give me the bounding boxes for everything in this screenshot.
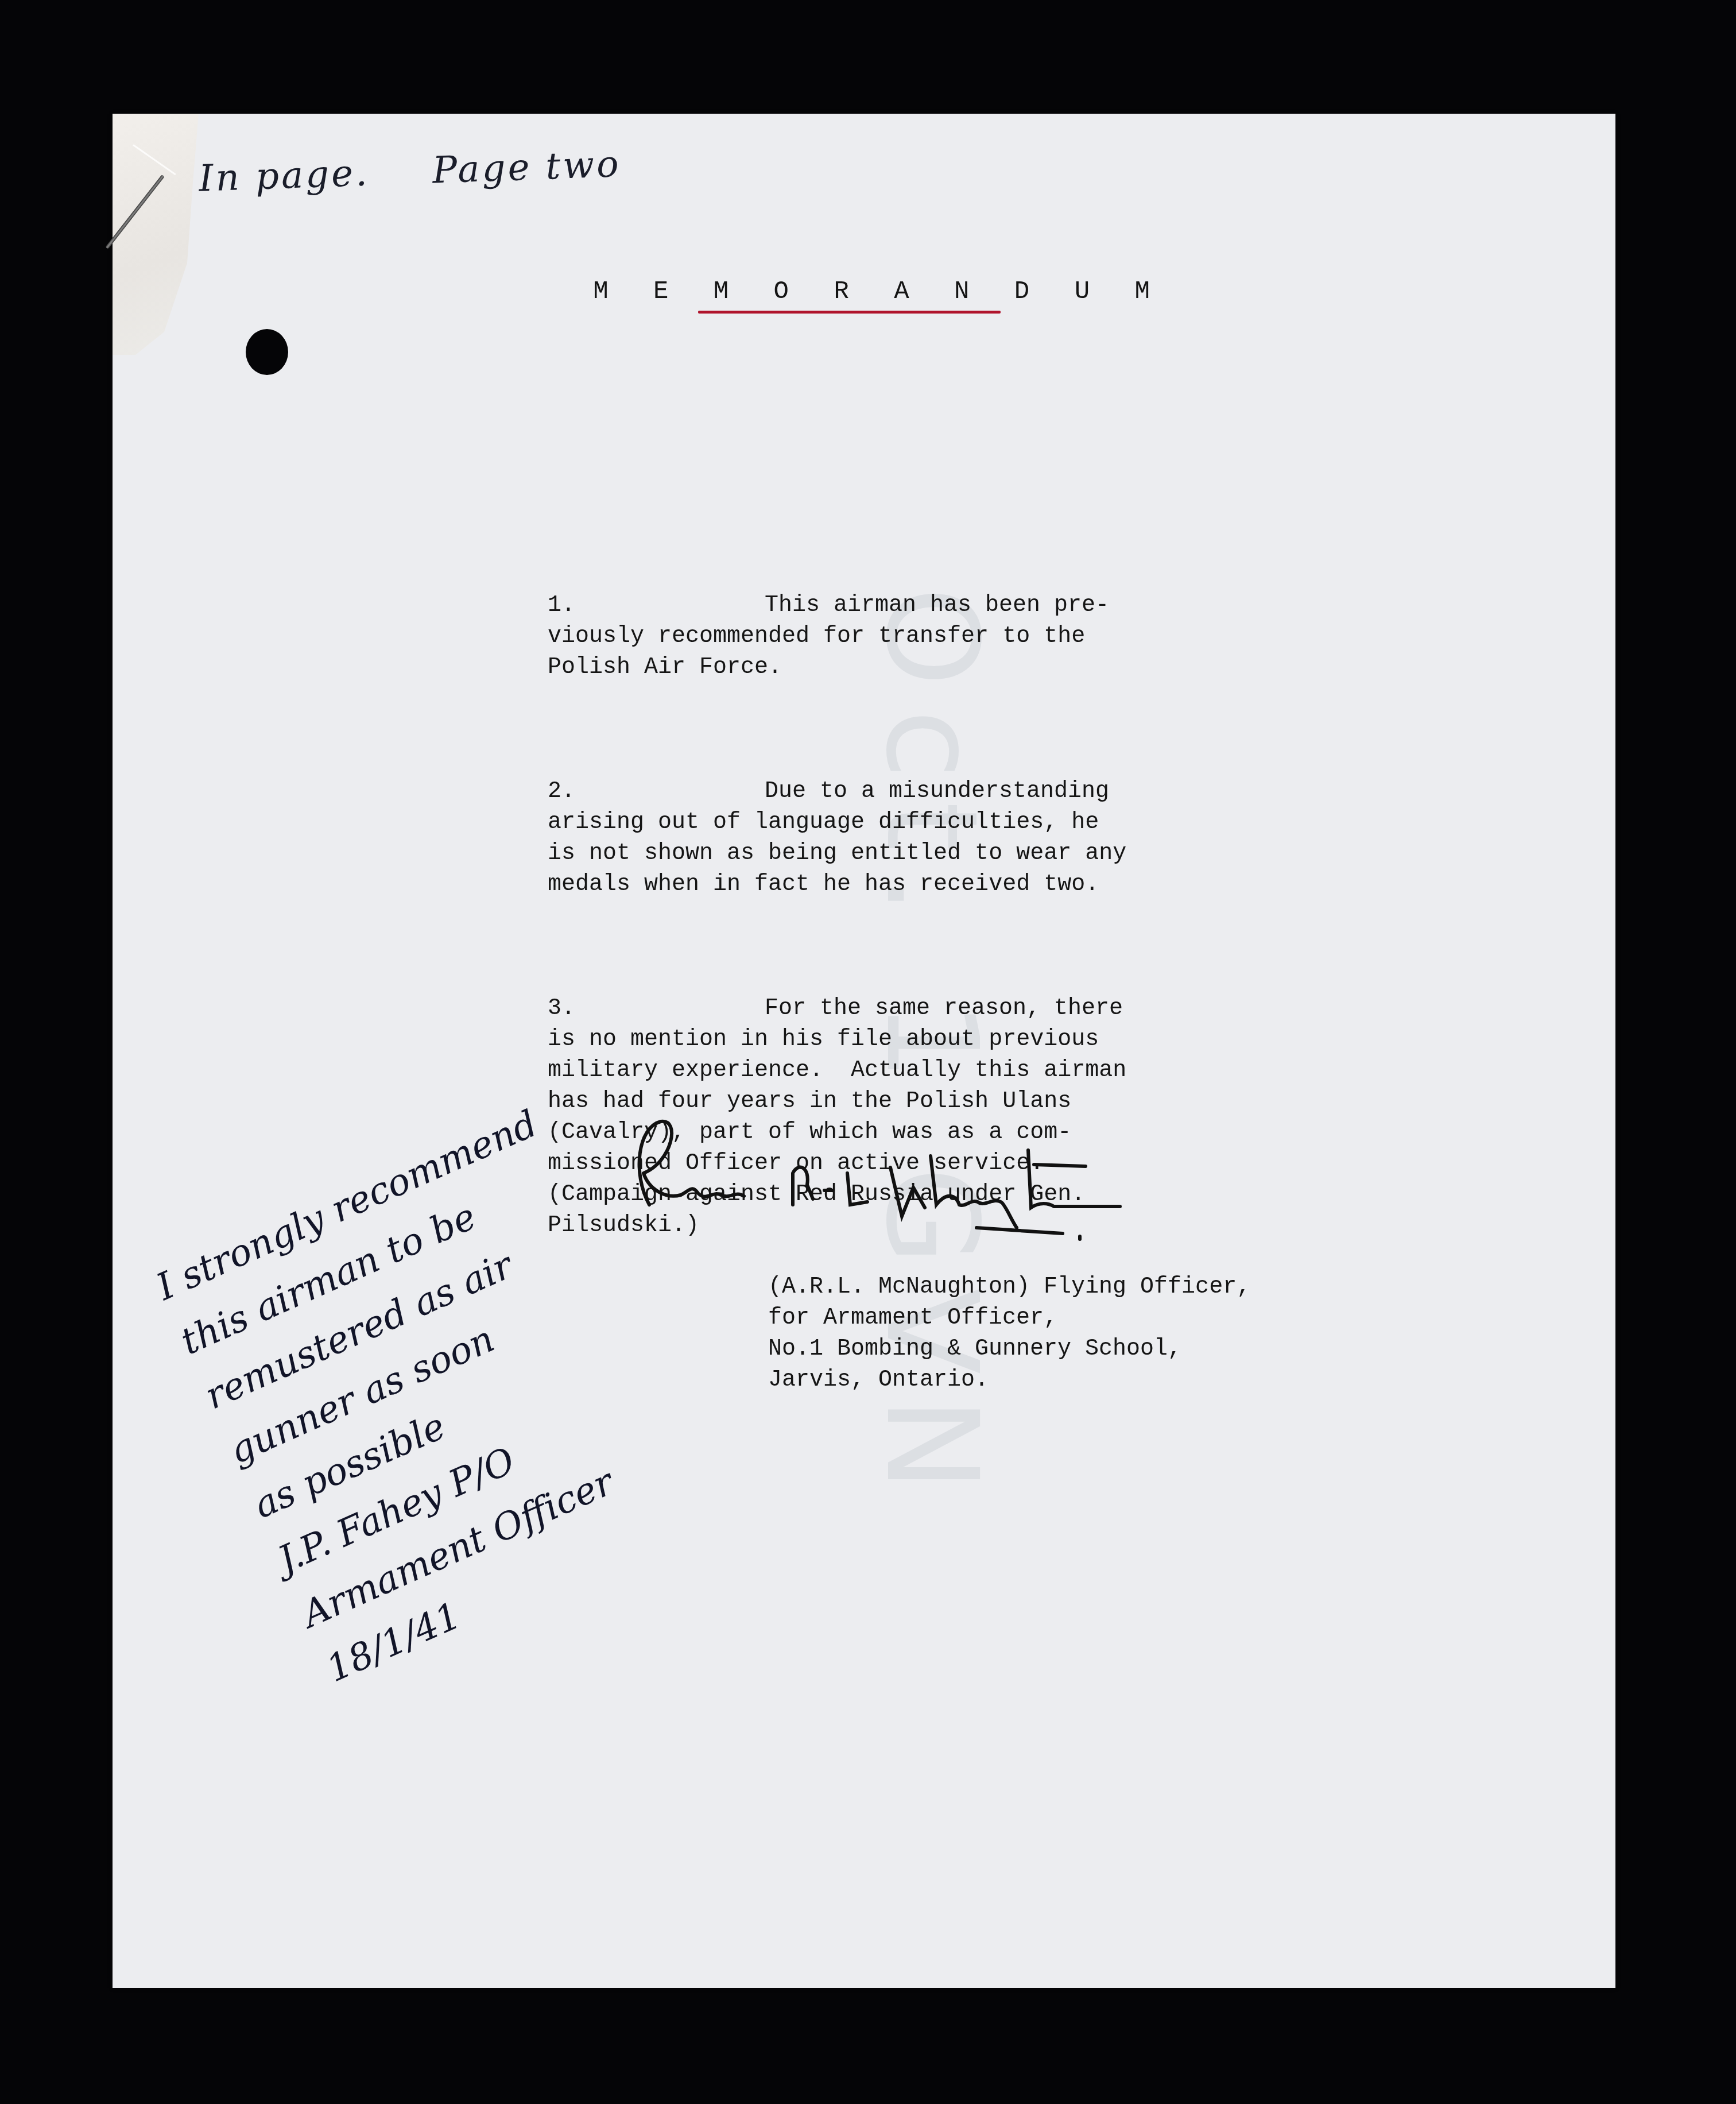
paragraph-number: 3. (548, 993, 765, 1024)
paragraph-line: arising out of language difficulties, he (548, 810, 1099, 836)
paragraph-line: medals when in fact he has received two. (548, 872, 1099, 898)
signatory-role: for Armament Officer, (768, 1305, 1057, 1331)
memorandum-page: Oct. 1 GVN In page.Page two M E M O R A … (113, 114, 1615, 1988)
paragraph-number: 1. (548, 590, 765, 621)
fold-crease (133, 111, 199, 175)
signatory-unit: No.1 Bombing & Gunnery School, (768, 1336, 1181, 1362)
paragraph-line: is no mention in his file about previous (548, 1027, 1099, 1053)
paragraph-line: military experience. Actually this airma… (548, 1058, 1126, 1084)
paragraph-1: 1.This airman has been pre- viously reco… (548, 590, 1126, 683)
paragraph-line: For the same reason, there (765, 996, 1123, 1022)
title-red-underline (698, 311, 1001, 314)
paragraph-2: 2.Due to a misunderstanding arising out … (548, 776, 1126, 900)
handwritten-signature (626, 1104, 1338, 1254)
paragraph-number: 2. (548, 776, 765, 807)
folded-corner-tab (113, 114, 199, 355)
memo-title: M E M O R A N D U M (113, 277, 1630, 306)
paragraph-line: This airman has been pre- (765, 593, 1109, 618)
paragraph-line: Polish Air Force. (548, 655, 782, 680)
handwritten-page-note: In page.Page two (198, 141, 685, 200)
signature-block: (A.R.L. McNaughton) Flying Officer, for … (768, 1272, 1250, 1396)
paragraph-line: is not shown as being entitled to wear a… (548, 841, 1126, 867)
paragraph-line: viously recommended for transfer to the (548, 624, 1085, 649)
signatory-location: Jarvis, Ontario. (768, 1367, 989, 1393)
punch-hole (246, 329, 288, 375)
signatory-name-title: (A.R.L. McNaughton) Flying Officer, (768, 1274, 1250, 1300)
handwritten-note-left: In page. (198, 152, 370, 200)
handwritten-note-right: Page two (432, 143, 622, 192)
paragraph-line: Due to a misunderstanding (765, 779, 1109, 805)
